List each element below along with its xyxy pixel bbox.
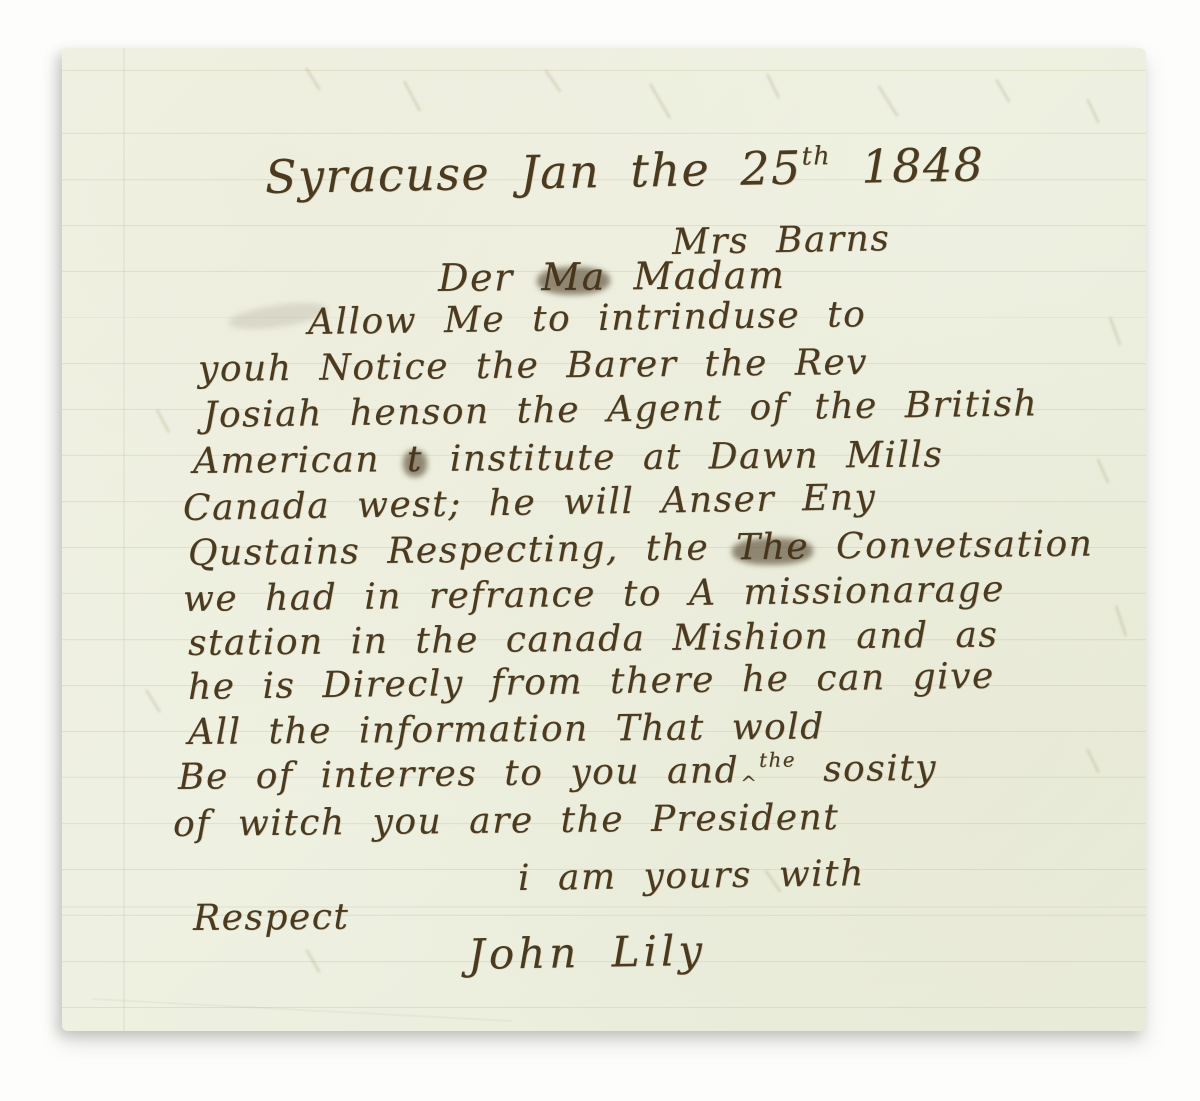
struck-word: The (736, 526, 809, 568)
salutation-struck-word: Ma (541, 255, 606, 300)
dateline-ordinal: th (801, 141, 831, 171)
salutation-line: Der Ma Madam (438, 253, 786, 300)
line-segment: institute at Dawn Mills (423, 434, 944, 480)
line-segment: Be of interres to you and (178, 750, 740, 798)
closing-line: i am yours with (518, 853, 865, 899)
line-segment: Convetsation (809, 524, 1094, 568)
line-segment: Qustains Respecting, the (188, 527, 737, 574)
letter-line: of witch you are the President (173, 797, 840, 845)
dateline-year: 1848 (831, 137, 985, 194)
salutation-post: Madam (606, 253, 786, 299)
letter-line: American t institute at Dawn Mills (193, 434, 944, 482)
closing-word: Respect (193, 897, 350, 939)
salutation-pre: Der (438, 255, 542, 300)
letter-line: Allow Me to intrinduse to (308, 294, 867, 343)
line-segment: American (193, 439, 407, 482)
letter-line: All the information That wold (188, 706, 825, 753)
letter-line: youh Notice the Barer the Rev (198, 342, 868, 390)
fold-crease-vertical (123, 48, 125, 1031)
insertion-caret: ^ (740, 772, 758, 795)
signature: John Lily (468, 926, 707, 979)
struck-word: t (407, 439, 423, 480)
line-segment: sosity (796, 748, 937, 791)
inserted-word: the (759, 749, 796, 772)
letter-photo: Syracuse Jan the 25th 1848 Mrs Barns Der… (0, 0, 1200, 1101)
dateline-text: Syracuse Jan the 25 (265, 141, 803, 204)
